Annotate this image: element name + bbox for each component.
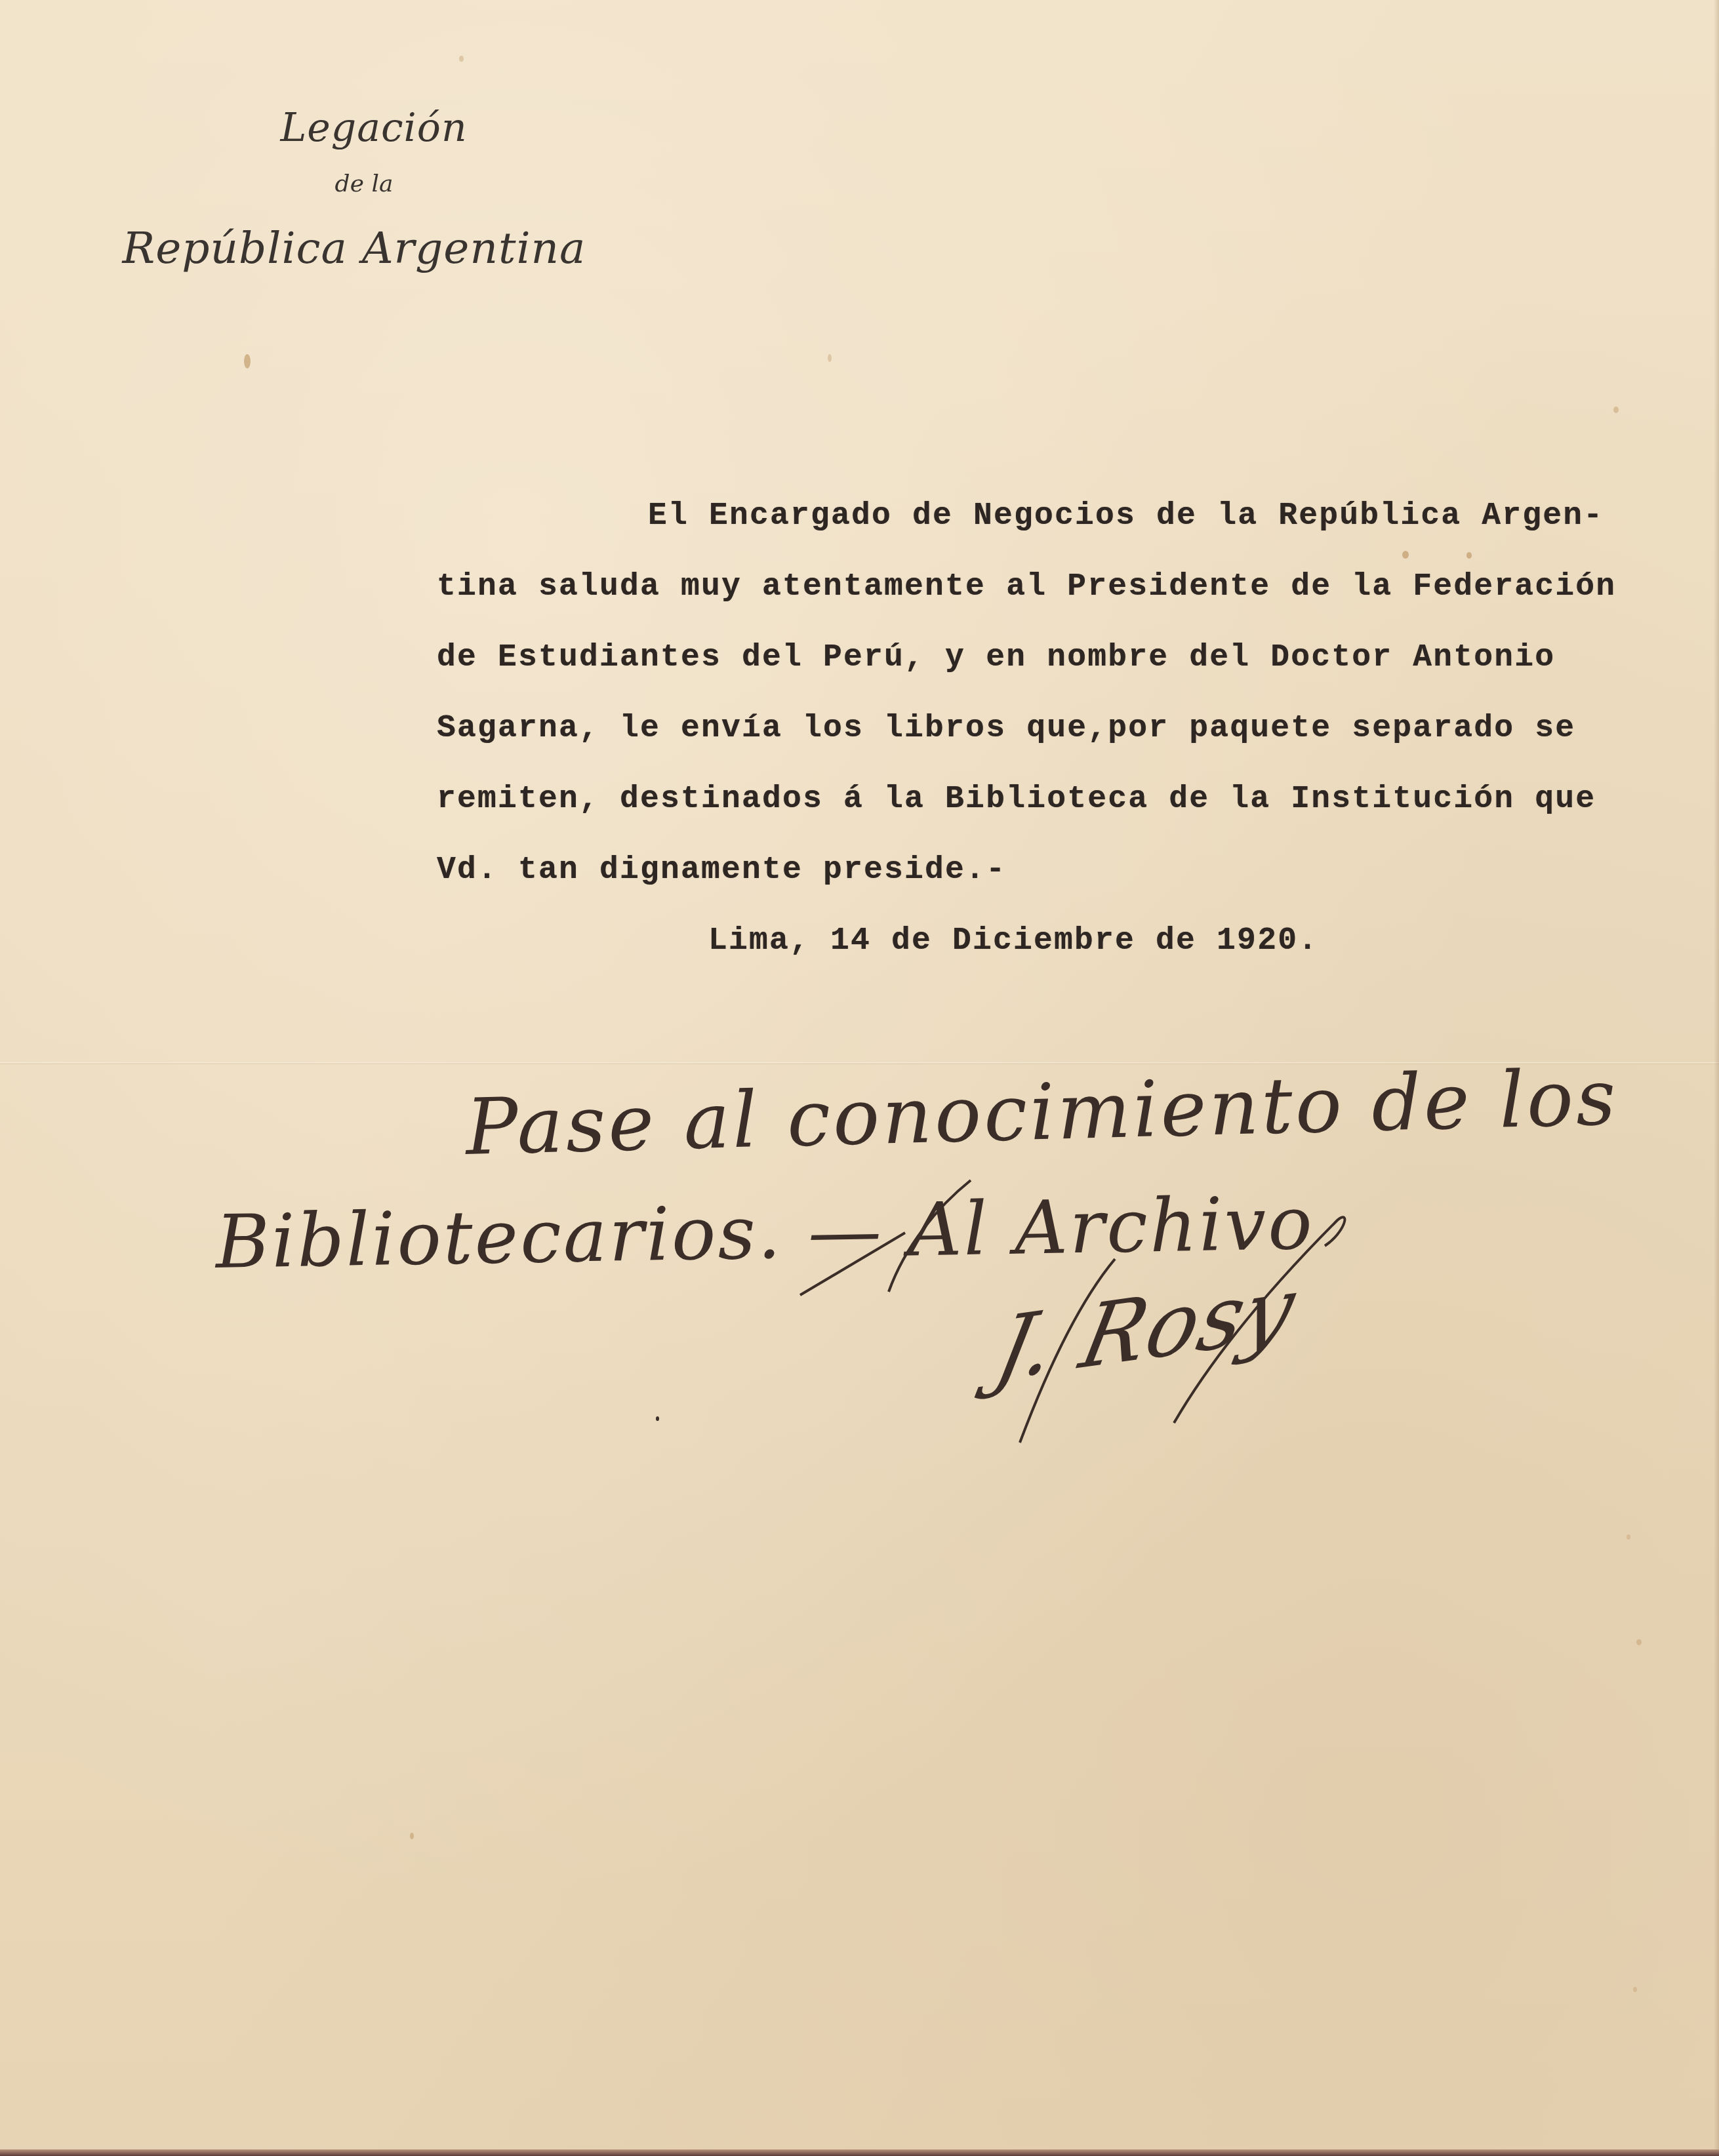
date-line: Lima, 14 de Diciembre de 1920. [708, 923, 1318, 959]
foxing-spot [1613, 407, 1619, 413]
foxing-spot [656, 1416, 659, 1421]
letterhead-legacion: Legación [118, 105, 590, 151]
letterhead-republica-argentina: República Argentina [118, 223, 590, 273]
letterhead-de-la: de la [118, 170, 590, 197]
foxing-spot [1636, 1639, 1642, 1645]
foxing-spot [410, 1833, 414, 1839]
body-line-3: de Estudiantes del Perú, y en nombre del… [437, 640, 1555, 675]
foxing-spot [1402, 551, 1409, 559]
body-line-5: remiten, destinados á la Biblioteca de l… [437, 782, 1596, 817]
body-line-1: El Encargado de Negocios de la República… [648, 498, 1604, 534]
handwritten-signature: J. Rosy [987, 1256, 1304, 1401]
foxing-spot [1466, 552, 1472, 559]
document-page: Legación de la República Argentina El En… [0, 0, 1719, 2156]
handwritten-line-1: Pase al conocimiento de los [464, 1052, 1619, 1172]
body-line-4: Sagarna, le envía los libros que,por paq… [437, 711, 1575, 746]
foxing-spot [1627, 1534, 1630, 1540]
body-line-2: tina saluda muy atentamente al President… [437, 569, 1616, 605]
paper-right-edge [1714, 0, 1719, 2156]
foxing-spot [459, 56, 464, 62]
handwritten-line-2: Bibliotecarios. — Al Archivo [215, 1181, 1315, 1285]
foxing-spot [828, 354, 832, 362]
foxing-spot [244, 354, 251, 369]
body-line-6: Vd. tan dignamente preside.- [437, 852, 1006, 888]
foxing-spot [1633, 1987, 1637, 1992]
paper-bottom-edge [0, 2149, 1719, 2156]
